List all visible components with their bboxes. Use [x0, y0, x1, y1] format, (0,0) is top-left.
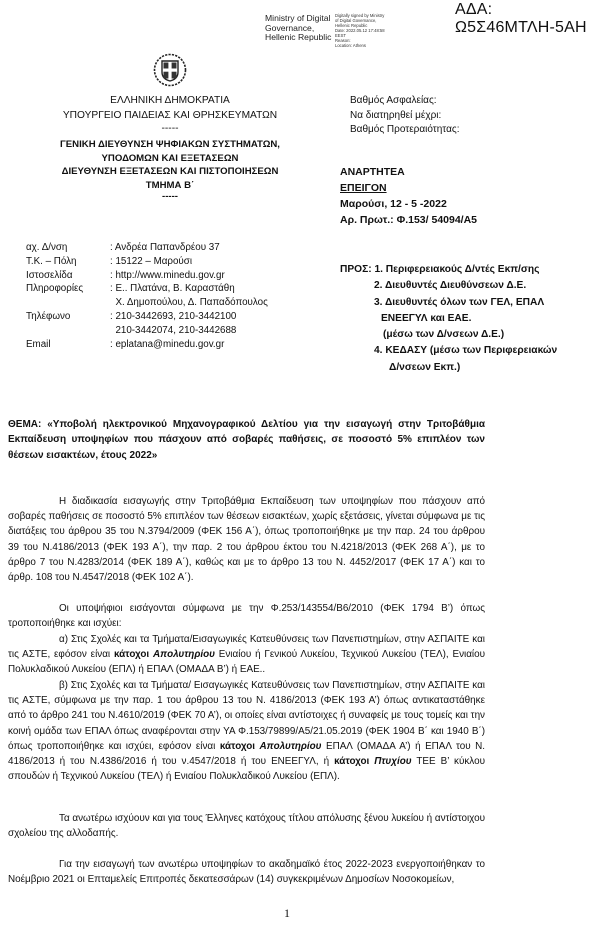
postable-label: ΑΝΑΡΤΗΤΕΑ: [340, 164, 477, 180]
republic-name: ΕΛΛΗΝΙΚΗ ΔΗΜΟΚΡΑΤΙΑ: [40, 93, 300, 108]
paragraph-case-b: β) Στις Σχολές και τα Τμήματα/ Εισαγωγικ…: [8, 678, 485, 784]
contact-label: Τ.Κ. – Πόλη: [26, 255, 110, 269]
ada-code: ΑΔΑ: Ω5Σ46ΜΤΛΗ-5ΑΗ: [455, 1, 600, 37]
contact-value: : Ε.. Πλατάνα, Β. Καραστάθη: [110, 282, 235, 296]
email-link[interactable]: : eplatana@minedu.gov.gr: [110, 338, 224, 352]
contact-row: Τηλέφωνο: 210-3442693, 210-3442100: [26, 310, 268, 324]
contact-row: Χ. Δημοπούλου, Δ. Παπαδόπουλος: [26, 296, 268, 310]
paragraph-legal-basis: Η διαδικασία εισαγωγής στην Τριτοβάθμια …: [8, 494, 485, 585]
digital-signature-signer: Ministry of Digital Governance, Hellenic…: [265, 14, 331, 43]
directorate: ΔΙΕΥΘΥΝΣΗ ΕΞΕΤΑΣΕΩΝ ΚΑΙ ΠΙΣΤΟΠΟΙΗΣΕΩΝ: [40, 165, 300, 179]
recipient-item: Δ/νσεων Εκπ.): [340, 360, 557, 376]
recipient-item: ΕΝΕΕΓΥΛ και ΕΑΕ.: [340, 311, 557, 327]
priority-level-label: Βαθμός Προτεραιότητας:: [350, 123, 459, 138]
contact-label: Email: [26, 338, 110, 352]
separator: -----: [40, 192, 300, 201]
contact-row: Email: eplatana@minedu.gov.gr: [26, 338, 268, 352]
signer-line: Hellenic Republic: [265, 33, 331, 43]
contact-value: : Ανδρέα Παπανδρέου 37: [110, 241, 220, 255]
classification-block: Βαθμός Ασφαλείας: Να διατηρηθεί μέχρι: Β…: [350, 94, 459, 138]
separator: -----: [40, 123, 300, 135]
contact-value: Χ. Δημοπούλου, Δ. Παπαδόπουλος: [110, 296, 268, 310]
contact-row: Τ.Κ. – Πόλη: 15122 – Μαρούσι: [26, 255, 268, 269]
paragraph-committees: Για την εισαγωγή των ανωτέρω υποψηφίων τ…: [8, 857, 485, 887]
urgent-label: ΕΠΕΙΓΟΝ: [340, 180, 477, 196]
recipient-item: 4. ΚΕΔΑΣΥ (μέσω των Περιφερειακών: [340, 343, 557, 359]
contact-value: : 210-3442693, 210-3442100: [110, 310, 236, 324]
recipient-item: 1. Περιφερειακούς Δ/ντές Εκπ/σης: [374, 264, 539, 275]
retain-until-label: Να διατηρηθεί μέχρι:: [350, 109, 459, 124]
document-info: ΑΝΑΡΤΗΤΕΑ ΕΠΕΙΓΟΝ Μαρούσι, 12 - 5 -2022 …: [340, 164, 477, 228]
contact-label: Πληροφορίες: [26, 282, 110, 296]
contact-row: αχ. Δ/νση: Ανδρέα Παπανδρέου 37: [26, 241, 268, 255]
contact-label: [26, 324, 110, 338]
paragraph-case-a: α) Στις Σχολές και τα Τμήματα/Εισαγωγικέ…: [8, 632, 485, 678]
security-level-label: Βαθμός Ασφαλείας:: [350, 94, 459, 109]
page-number: 1: [284, 906, 290, 921]
contact-info: αχ. Δ/νση: Ανδρέα Παπανδρέου 37 Τ.Κ. – Π…: [26, 241, 268, 351]
protocol-number: Αρ. Πρωτ.: Φ.153/ 54094/Α5: [340, 212, 477, 228]
digital-signature-details: Digitally signed by Ministry of Digital …: [335, 13, 405, 48]
recipient-item: (μέσω των Δ/νσεων Δ.Ε.): [340, 327, 557, 343]
recipients-prefix: ΠΡΟΣ:: [340, 264, 372, 275]
recipient-item: 3. Διευθυντές όλων των ΓΕΛ, ΕΠΑΛ: [340, 295, 557, 311]
general-directorate-cont: ΥΠΟΔΟΜΩΝ ΚΑΙ ΕΞΕΤΑΣΕΩΝ: [40, 152, 300, 166]
contact-row: Ιστοσελίδα: http://www.minedu.gov.gr: [26, 269, 268, 283]
place-date: Μαρούσι, 12 - 5 -2022: [340, 196, 477, 212]
paragraph-admission-rules: Οι υποψήφιοι εισάγονται σύμφωνα με την Φ…: [8, 601, 485, 631]
contact-label: Τηλέφωνο: [26, 310, 110, 324]
signature-detail-line: Location: Athens: [335, 43, 405, 48]
ministry-name: ΥΠΟΥΡΓΕΙΟ ΠΑΙΔΕΙΑΣ ΚΑΙ ΘΡΗΣΚΕΥΜΑΤΩΝ: [40, 108, 300, 123]
contact-row: 210-3442074, 210-3442688: [26, 324, 268, 338]
contact-row: Πληροφορίες: Ε.. Πλατάνα, Β. Καραστάθη: [26, 282, 268, 296]
website-link[interactable]: : http://www.minedu.gov.gr: [110, 269, 225, 283]
contact-value: : 15122 – Μαρούσι: [110, 255, 192, 269]
general-directorate: ΓΕΝΙΚΗ ΔΙΕΥΘΥΝΣΗ ΨΗΦΙΑΚΩΝ ΣΥΣΤΗΜΑΤΩΝ,: [40, 138, 300, 152]
recipients-block: ΠΡΟΣ: 1. Περιφερειακούς Δ/ντές Εκπ/σης 2…: [340, 262, 557, 376]
department: ΤΜΗΜΑ Β΄: [40, 179, 300, 193]
contact-value: 210-3442074, 210-3442688: [110, 324, 236, 338]
paragraph-foreign-holders: Τα ανωτέρω ισχύουν και για τους Έλληνες …: [8, 811, 485, 841]
contact-label: Ιστοσελίδα: [26, 269, 110, 283]
ministry-header: ΕΛΛΗΝΙΚΗ ΔΗΜΟΚΡΑΤΙΑ ΥΠΟΥΡΓΕΙΟ ΠΑΙΔΕΙΑΣ Κ…: [40, 93, 300, 201]
greek-coat-of-arms-icon: [153, 53, 187, 87]
subject: ΘΕΜΑ: «Υποβολή ηλεκτρονικού Μηχανογραφικ…: [8, 417, 485, 463]
contact-label: αχ. Δ/νση: [26, 241, 110, 255]
contact-label: [26, 296, 110, 310]
recipient-item: 2. Διευθυντές Διευθύνσεων Δ.Ε.: [340, 278, 557, 294]
